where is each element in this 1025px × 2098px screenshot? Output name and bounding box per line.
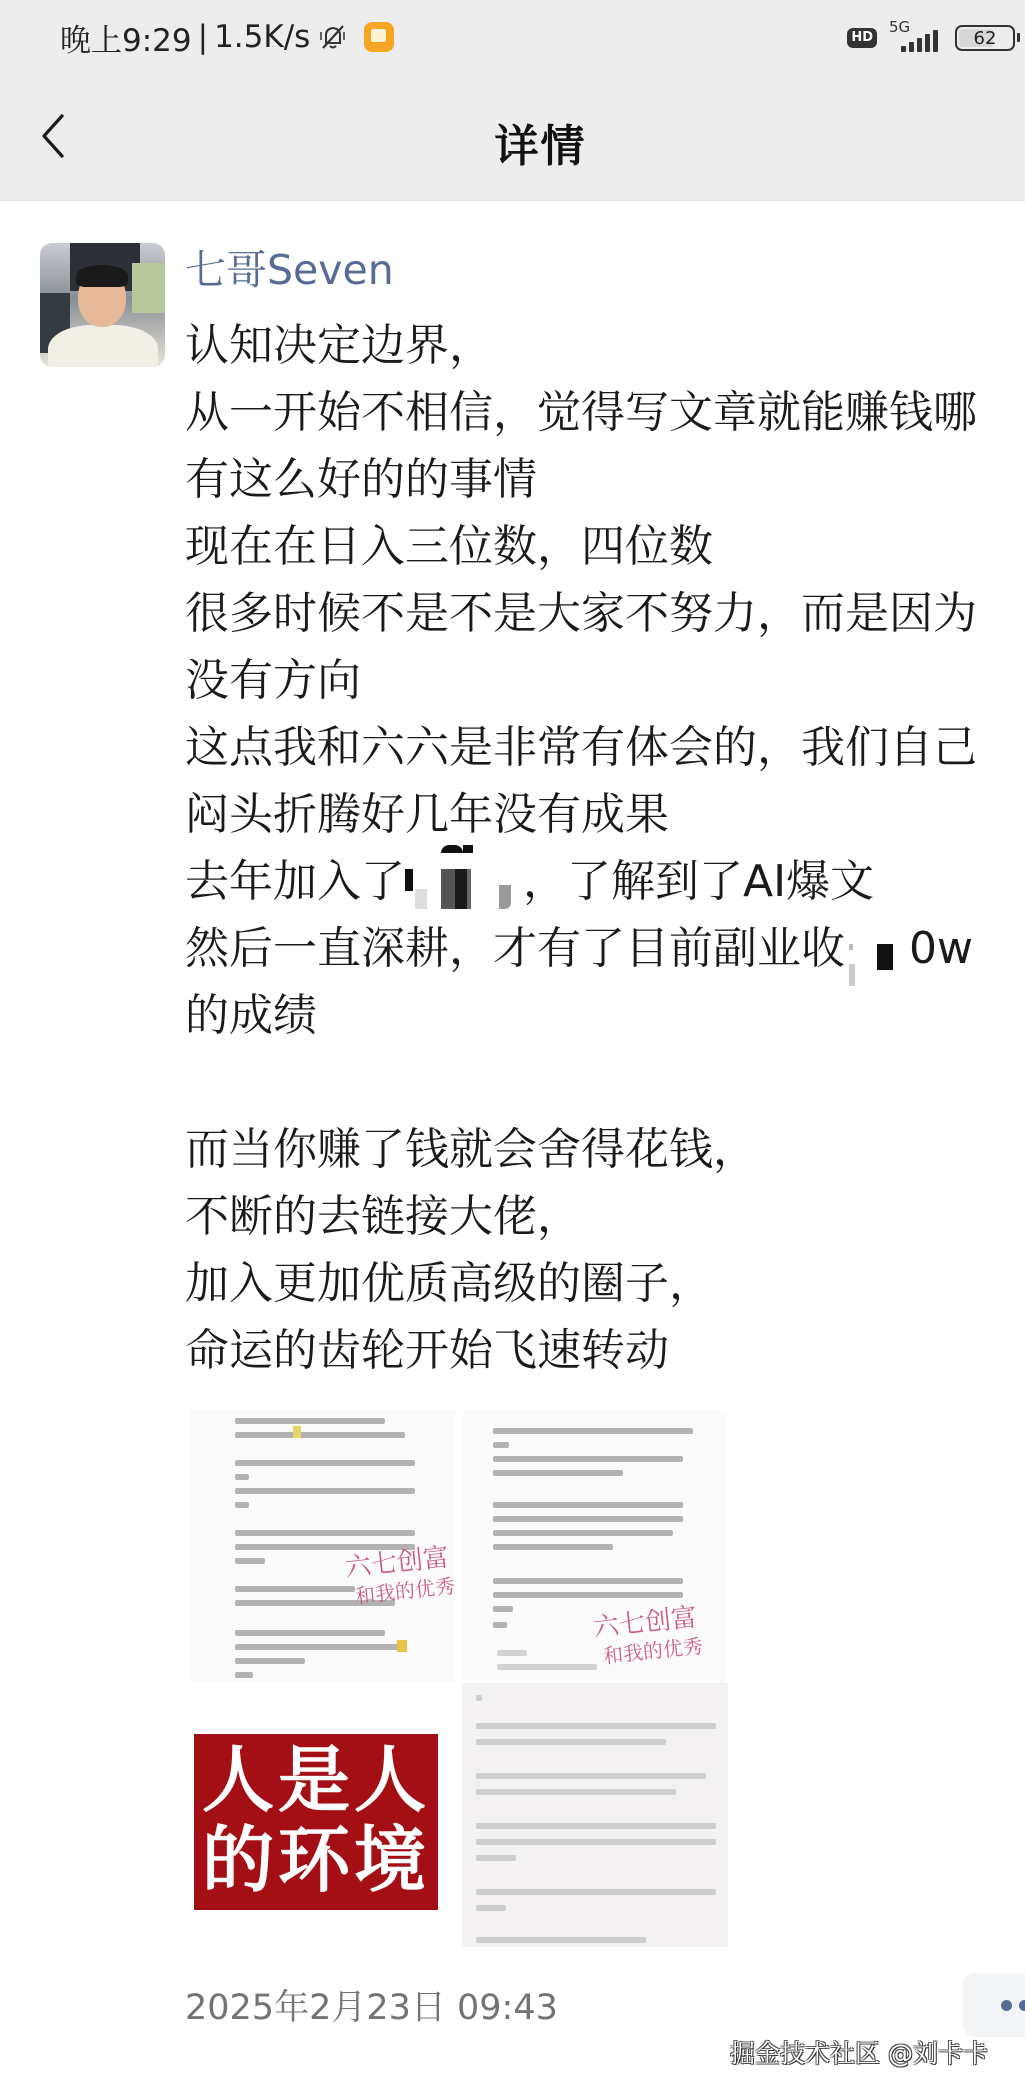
more-dots-icon [1019,2000,1025,2011]
post-line: 加入更加优质高级的圈子， [185,1250,1015,1317]
post-line: 而当你赚了钱就会舍得花钱， [185,1116,1015,1183]
image-grid: 六七创富 和我的优秀 六七创富 和我的优秀 人是人 的环境 [190,1408,730,1950]
redacted-block [405,859,523,909]
status-net-speed: 1.5K/s [214,19,310,55]
battery-icon: 62 [955,25,1015,51]
redacted-block [845,926,909,976]
post-line-text: 去年加入了 [185,856,405,907]
image-tile-2[interactable]: 六七创富 和我的优秀 [463,1410,725,1685]
post-line: 有这么好的的事情 [185,446,1015,513]
watermark: 掘金技术社区 @刘卡卡 [730,2034,988,2070]
poster-image: 人是人 的环境 [194,1734,438,1910]
post-body: 认知决定边界， 从一开始不相信，觉得写文章就能赚钱哪 有这么好的的事情 现在在日… [185,312,1015,1384]
post-line: 认知决定边界， [185,312,1015,379]
status-bar: 晚上9:29 | 1.5K/s HD 5G 62 [0,0,1025,80]
battery-level: 62 [974,28,997,49]
nav-bar: 详情 [0,80,1025,201]
image-tile-3[interactable]: 人是人 的环境 [190,1408,455,1950]
status-separator: | [198,19,208,55]
poster-text-line-2: 的环境 [194,1820,438,1900]
app-notification-icon [364,22,394,52]
post-line-redacted-1: 去年加入了 ，了解到了AI爆文 [185,848,1015,915]
status-bar-right: HD 5G 62 [847,18,1015,58]
post-line: 不断的去链接大佬， [185,1183,1015,1250]
image-tile-4[interactable] [462,1683,728,1947]
post-line: 的成绩 [185,982,1015,1049]
post-line: 很多时候不是不是大家不努力，而是因为 [185,580,1015,647]
post-line: 闷头折腾好几年没有成果 [185,781,1015,848]
post-line-redacted-2: 然后一直深耕，才有了目前副业收 0w [185,915,1015,982]
status-bar-left: 晚上9:29 | 1.5K/s [60,14,394,60]
more-button[interactable] [963,1973,1025,2037]
status-time: 晚上9:29 [60,15,192,60]
post-timestamp: 2025年2月23日 09:43 [185,1980,558,2030]
post-line-text: ，了解到了AI爆文 [523,856,874,907]
post-line: 从一开始不相信，觉得写文章就能赚钱哪 [185,379,1015,446]
avatar[interactable] [40,243,165,367]
signal-bars [901,30,938,52]
post-line: 没有方向 [185,647,1015,714]
more-dots-icon [1001,2000,1012,2011]
signal-5g-icon: 5G [887,22,945,54]
post-line: 命运的齿轮开始飞速转动 [185,1317,1015,1384]
post-line-blank [185,1049,1015,1116]
post-line-text: 0w [909,923,973,974]
poster-text-line-1: 人是人 [194,1740,438,1820]
author-name[interactable]: 七哥Seven [185,244,394,296]
post-line: 现在在日入三位数，四位数 [185,513,1015,580]
post-line-text: 然后一直深耕，才有了目前副业收 [185,923,845,974]
page-title: 详情 [0,110,1025,174]
hd-icon: HD [847,28,877,48]
post-line: 这点我和六六是非常有体会的，我们自己 [185,714,1015,781]
mute-icon [318,22,348,52]
